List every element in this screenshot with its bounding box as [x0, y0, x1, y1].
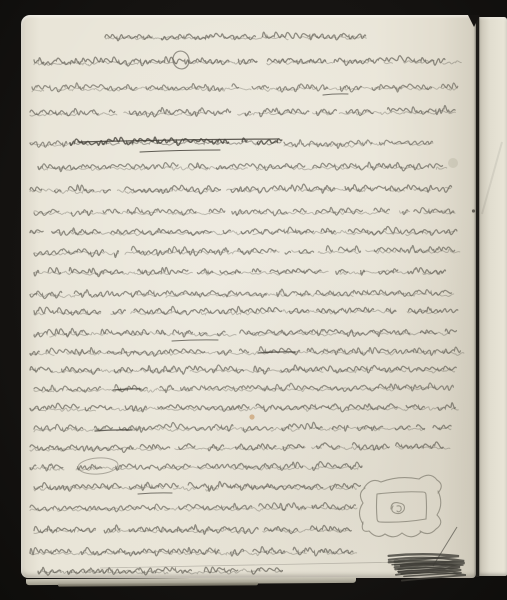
- notebook-photo: [0, 0, 507, 600]
- manuscript-page: [21, 15, 476, 578]
- binding-gutter: [474, 15, 480, 577]
- adjacent-page-edge: [479, 17, 507, 576]
- page-stack-edges-inner: [58, 582, 258, 586]
